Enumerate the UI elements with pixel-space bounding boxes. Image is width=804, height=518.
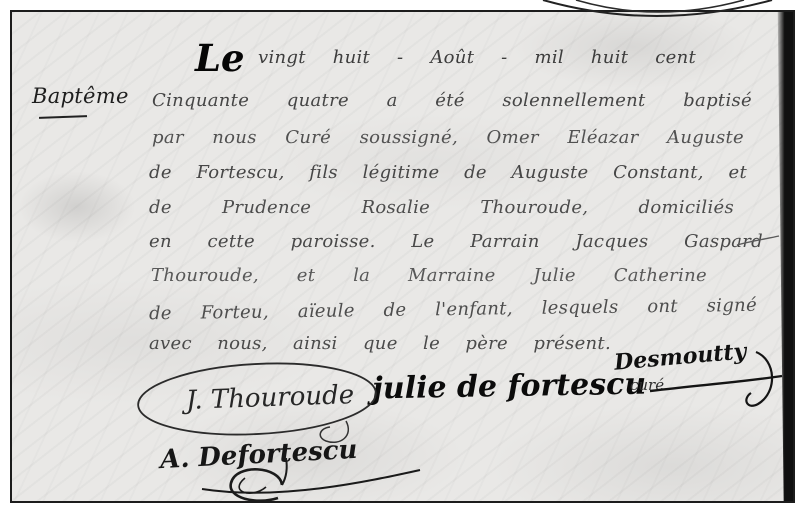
record-line: Thouroude, et la Marraine Julie Catherin… [151,263,707,289]
signature-priest-title-cure: curé [630,376,664,394]
margin-note-bapteme: Baptême [32,84,129,108]
record-line: de Forteu, aïeule de l'enfant, lesquels … [149,293,757,327]
record-line: de Fortescu, fils légitime de Auguste Co… [149,160,747,186]
signature-godmother-julie-de-fortescu: julie de fortescu [372,367,647,407]
record-line: par nous Curé soussigné, Omer Eléazar Au… [152,125,744,151]
record-line: de Prudence Rosalie Thouroude, domicilié… [149,195,734,221]
record-line: avec nous, ainsi que le père présent. [149,331,611,357]
signature-father-defortescu: A. Defortescu [159,435,358,475]
record-line: vingt huit - Août - mil huit cent [258,45,696,71]
signature-priest-desmoutty: Desmoutty [613,338,747,375]
margin-note-underline [39,115,87,119]
scanned-register-page: Baptême Le vingt huit - Août - mil huit … [10,10,795,503]
opening-word: Le [195,36,245,80]
record-line: Cinquante quatre a été solennellement ba… [152,88,752,114]
record-line: en cette paroisse. Le Parrain Jacques Ga… [149,229,763,255]
book-gutter-shadow [776,12,793,501]
signature-godfather-thouroude: J. Thouroude [162,379,379,417]
